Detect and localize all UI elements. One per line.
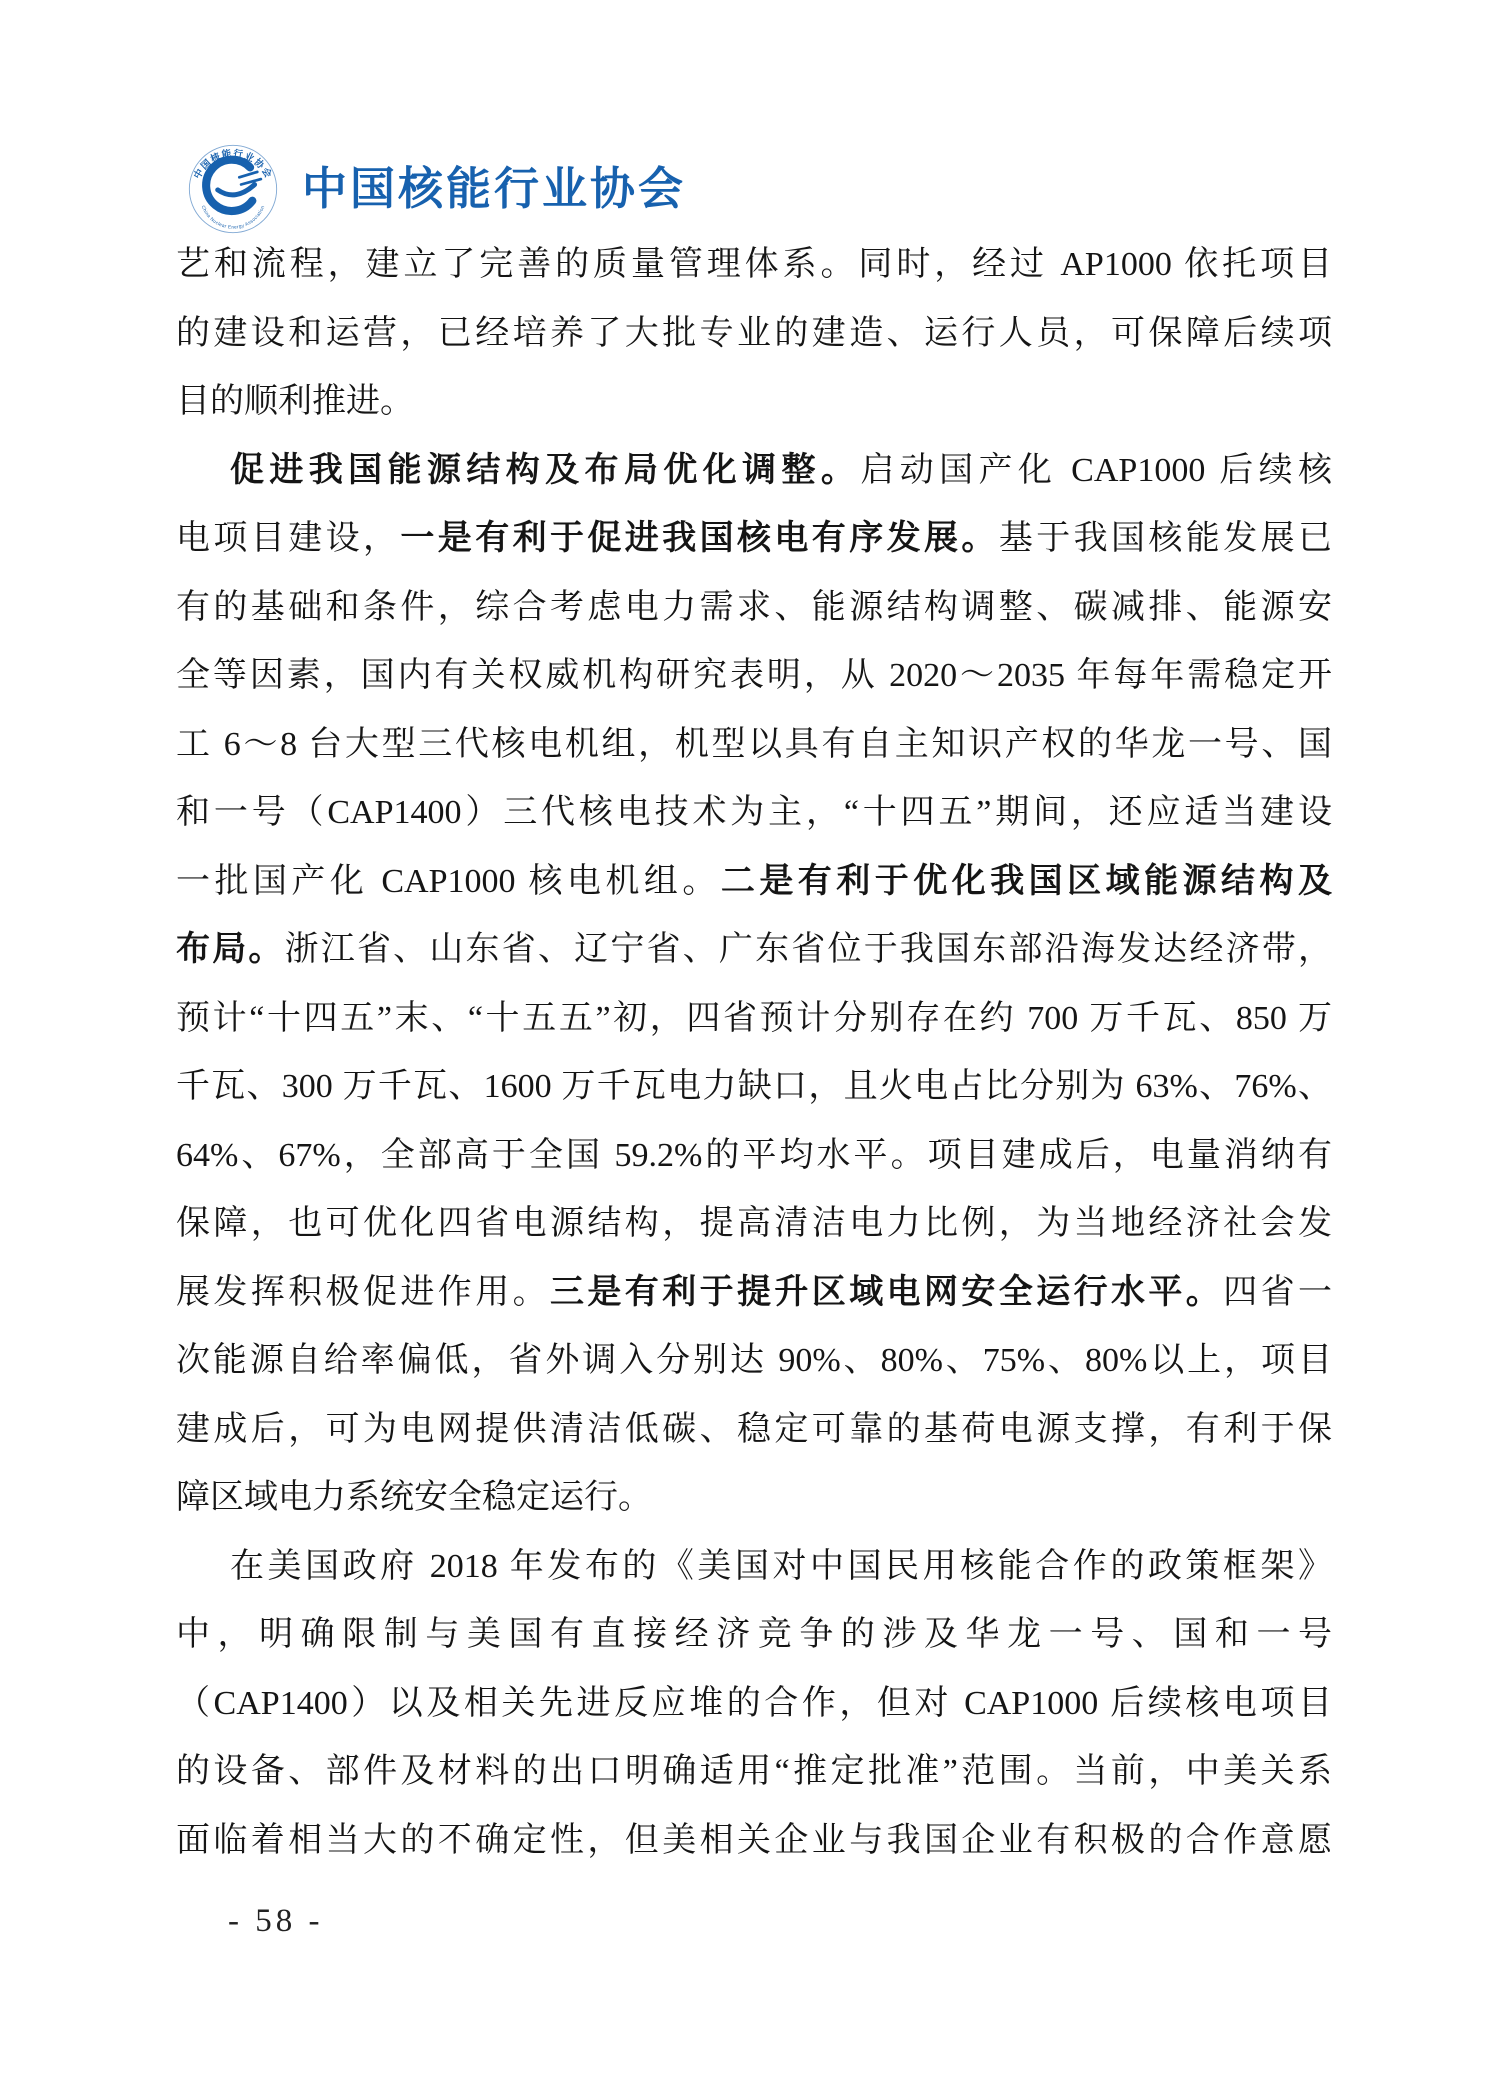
paragraph-line: 展发挥积极促进作用。三是有利于提升区域电网安全运行水平。四省一 xyxy=(176,1259,1332,1328)
paragraph-line: 障区域电力系统安全稳定运行。 xyxy=(176,1464,1332,1533)
paragraph: 艺和流程，建立了完善的质量管理体系。同时，经过 AP1000 依托项目的建设和运… xyxy=(176,231,1332,437)
text-run: 和一号（CAP1400）三代核电技术为主，“十四五”期间，还应适当建设 xyxy=(176,794,1332,831)
text-run: （CAP1400）以及相关先进反应堆的合作，但对 CAP1000 后续核电项目 xyxy=(176,1685,1332,1722)
text-run: 一批国产化 CAP1000 核电机组。 xyxy=(176,863,721,900)
paragraph-line: 在美国政府 2018 年发布的《美国对中国民用核能合作的政策框架》 xyxy=(176,1533,1332,1602)
bold-text-run: 二是有利于优化我国区域能源结构及 xyxy=(721,863,1332,900)
text-run: 在美国政府 2018 年发布的《美国对中国民用核能合作的政策框架》 xyxy=(230,1548,1332,1585)
text-run: 有的基础和条件，综合考虑电力需求、能源结构调整、碳减排、能源安 xyxy=(176,589,1332,626)
text-run: 保障，也可优化四省电源结构，提高清洁电力比例，为当地经济社会发 xyxy=(176,1205,1332,1242)
paragraph-line: 次能源自给率偏低，省外调入分别达 90%、80%、75%、80%以上，项目 xyxy=(176,1327,1332,1396)
paragraph-line: 64%、67%，全部高于全国 59.2%的平均水平。项目建成后，电量消纳有 xyxy=(176,1122,1332,1191)
text-run: 的设备、部件及材料的出口明确适用“推定批准”范围。当前，中美关系 xyxy=(176,1753,1332,1790)
paragraph-line: 和一号（CAP1400）三代核电技术为主，“十四五”期间，还应适当建设 xyxy=(176,779,1332,848)
paragraph-line: 全等因素，国内有关权威机构研究表明，从 2020～2035 年每年需稳定开 xyxy=(176,642,1332,711)
bold-text-run: 促进我国能源结构及布局优化调整。 xyxy=(230,452,860,489)
text-run: 次能源自给率偏低，省外调入分别达 90%、80%、75%、80%以上，项目 xyxy=(176,1342,1332,1379)
text-run: 目的顺利推进。 xyxy=(176,383,414,420)
text-run: 的建设和运营，已经培养了大批专业的建造、运行人员，可保障后续项 xyxy=(176,315,1332,352)
paragraph-line: 电项目建设，一是有利于促进我国核电有序发展。基于我国核能发展已 xyxy=(176,505,1332,574)
text-run: 64%、67%，全部高于全国 59.2%的平均水平。项目建成后，电量消纳有 xyxy=(176,1137,1332,1174)
paragraph-line: 有的基础和条件，综合考虑电力需求、能源结构调整、碳减排、能源安 xyxy=(176,574,1332,643)
paragraph: 促进我国能源结构及布局优化调整。启动国产化 CAP1000 后续核电项目建设，一… xyxy=(176,437,1332,1533)
paragraph-line: 一批国产化 CAP1000 核电机组。二是有利于优化我国区域能源结构及 xyxy=(176,848,1332,917)
paragraph-line: 的建设和运营，已经培养了大批专业的建造、运行人员，可保障后续项 xyxy=(176,300,1332,369)
header: 中国核能行业协会 China Nuclear Energy Associatio… xyxy=(188,144,686,234)
text-run: 艺和流程，建立了完善的质量管理体系。同时，经过 AP1000 依托项目 xyxy=(176,246,1332,283)
paragraph-line: 的设备、部件及材料的出口明确适用“推定批准”范围。当前，中美关系 xyxy=(176,1738,1332,1807)
text-run: 展发挥积极促进作用。 xyxy=(176,1274,550,1311)
paragraph-line: 布局。浙江省、山东省、辽宁省、广东省位于我国东部沿海发达经济带， xyxy=(176,916,1332,985)
paragraph-line: 目的顺利推进。 xyxy=(176,368,1332,437)
bold-text-run: 布局。 xyxy=(176,931,285,968)
text-run: 千瓦、300 万千瓦、1600 万千瓦电力缺口，且火电占比分别为 63%、76%… xyxy=(176,1068,1332,1105)
text-run: 全等因素，国内有关权威机构研究表明，从 2020～2035 年每年需稳定开 xyxy=(176,657,1332,694)
paragraph-line: （CAP1400）以及相关先进反应堆的合作，但对 CAP1000 后续核电项目 xyxy=(176,1670,1332,1739)
document-page: 中国核能行业协会 China Nuclear Energy Associatio… xyxy=(0,0,1504,2095)
paragraph-line: 面临着相当大的不确定性，但美相关企业与我国企业有积极的合作意愿 xyxy=(176,1807,1332,1876)
text-run: 电项目建设， xyxy=(176,520,400,557)
text-run: 面临着相当大的不确定性，但美相关企业与我国企业有积极的合作意愿 xyxy=(176,1822,1332,1859)
paragraph-line: 建成后，可为电网提供清洁低碳、稳定可靠的基荷电源支撑，有利于保 xyxy=(176,1396,1332,1465)
paragraph-line: 中，明确限制与美国有直接经济竞争的涉及华龙一号、国和一号 xyxy=(176,1601,1332,1670)
text-run: 工 6～8 台大型三代核电机组，机型以具有自主知识产权的华龙一号、国 xyxy=(176,726,1332,763)
text-run: 建成后，可为电网提供清洁低碳、稳定可靠的基荷电源支撑，有利于保 xyxy=(176,1411,1332,1448)
text-run: 基于我国核能发展已 xyxy=(999,520,1332,557)
text-run: 浙江省、山东省、辽宁省、广东省位于我国东部沿海发达经济带， xyxy=(285,931,1332,968)
logo-swoosh xyxy=(206,160,261,211)
page-number: - 58 - xyxy=(228,1903,323,1940)
bold-text-run: 一是有利于促进我国核电有序发展。 xyxy=(400,520,998,557)
paragraph: 在美国政府 2018 年发布的《美国对中国民用核能合作的政策框架》中，明确限制与… xyxy=(176,1533,1332,1876)
paragraph-line: 预计“十四五”末、“十五五”初，四省预计分别存在约 700 万千瓦、850 万 xyxy=(176,985,1332,1054)
paragraph-line: 艺和流程，建立了完善的质量管理体系。同时，经过 AP1000 依托项目 xyxy=(176,231,1332,300)
paragraph-line: 保障，也可优化四省电源结构，提高清洁电力比例，为当地经济社会发 xyxy=(176,1190,1332,1259)
org-wordmark: 中国核能行业协会 xyxy=(302,152,686,217)
bold-text-run: 三是有利于提升区域电网安全运行水平。 xyxy=(550,1274,1223,1311)
paragraph-line: 千瓦、300 万千瓦、1600 万千瓦电力缺口，且火电占比分别为 63%、76%… xyxy=(176,1053,1332,1122)
text-run: 障区域电力系统安全稳定运行。 xyxy=(176,1479,652,1516)
text-run: 中，明确限制与美国有直接经济竞争的涉及华龙一号、国和一号 xyxy=(176,1616,1332,1653)
paragraph-line: 工 6～8 台大型三代核电机组，机型以具有自主知识产权的华龙一号、国 xyxy=(176,711,1332,780)
text-run: 启动国产化 CAP1000 后续核 xyxy=(860,452,1332,489)
document-body: 艺和流程，建立了完善的质量管理体系。同时，经过 AP1000 依托项目的建设和运… xyxy=(176,231,1332,1875)
text-run: 预计“十四五”末、“十五五”初，四省预计分别存在约 700 万千瓦、850 万 xyxy=(176,1000,1332,1037)
text-run: 四省一 xyxy=(1223,1274,1332,1311)
cnea-logo-icon: 中国核能行业协会 China Nuclear Energy Associatio… xyxy=(188,144,278,234)
paragraph-line: 促进我国能源结构及布局优化调整。启动国产化 CAP1000 后续核 xyxy=(176,437,1332,506)
